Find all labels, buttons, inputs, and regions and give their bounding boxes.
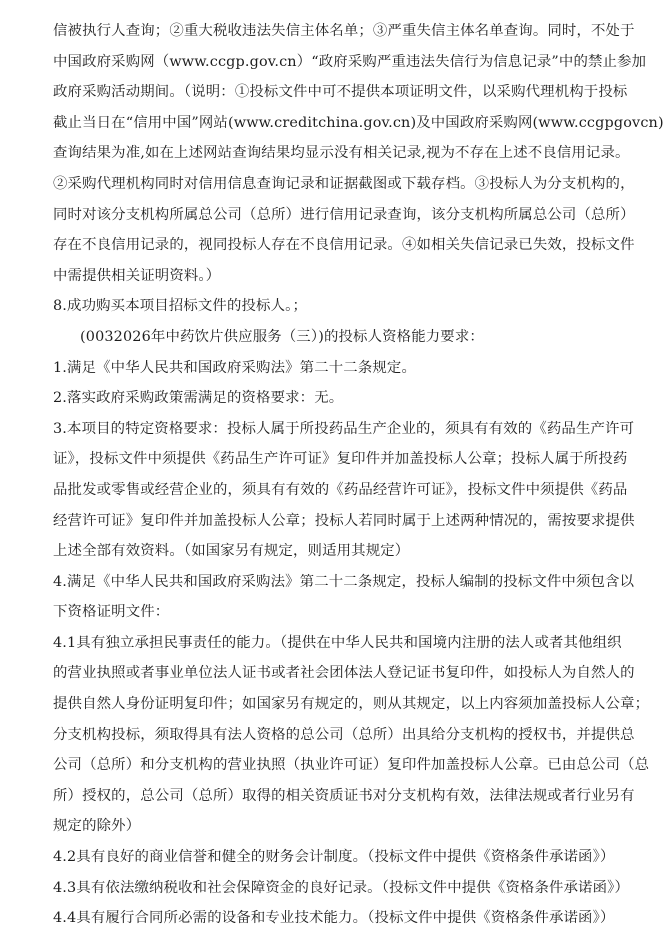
- item-4-3: 4.3具有依法缴纳税收和社会保障资金的良好记录。（投标文件中提供《资格条件承诺函…: [53, 873, 593, 904]
- text-line: 分支机构投标，须取得具有法人资格的总公司（总所）出具给分支机构的授权书，并提供总: [53, 720, 593, 751]
- item-2: 2.落实政府采购政策需满足的资格要求：无。: [53, 383, 593, 414]
- qualification-heading: (0032026年中药饮片供应服务（三）)的投标人资格能力要求：: [53, 322, 593, 353]
- text-line: 存在不良信用记录的，视同投标人存在不良信用记录。④如相关失信记录已失效，投标文件: [53, 230, 593, 261]
- text-line: 下资格证明文件：: [53, 597, 593, 628]
- text-line: 政府采购活动期间。（说明：①投标文件中可不提供本项证明文件，以采购代理机构于投标: [53, 77, 593, 108]
- text-line: 的营业执照或者事业单位法人证书或者社会团体法人登记证书复印件，如投标人为自然人的: [53, 658, 593, 689]
- item-1: 1.满足《中华人民共和国政府采购法》第二十二条规定。: [53, 353, 593, 384]
- text-line: 提供自然人身份证明复印件；如国家另有规定的，则从其规定，以上内容须加盖投标人公章…: [53, 689, 593, 720]
- text-line: 信被执行人查询；②重大税收违法失信主体名单；③严重失信主体名单查询。同时，不处于: [53, 16, 593, 47]
- document-page: 信被执行人查询；②重大税收违法失信主体名单；③严重失信主体名单查询。同时，不处于…: [53, 16, 593, 934]
- item-8: 8.成功购买本项目招标文件的投标人。；: [53, 291, 593, 322]
- text-line: 规定的除外）: [53, 811, 593, 842]
- text-line: 中国政府采购网（www.ccgp.gov.cn）“政府采购严重违法失信行为信息记…: [53, 47, 593, 78]
- text-line: 证》，投标文件中须提供《药品生产许可证》复印件并加盖投标人公章；投标人属于所投药: [53, 444, 593, 475]
- text-line: 公司（总所）和分支机构的营业执照（执业许可证）复印件加盖投标人公章。已由总公司（…: [53, 750, 593, 781]
- text-line: ②采购代理机构同时对信用信息查询记录和证据截图或下载存档。③投标人为分支机构的，: [53, 169, 593, 200]
- item-4-2: 4.2具有良好的商业信誉和健全的财务会计制度。（投标文件中提供《资格条件承诺函》…: [53, 842, 593, 873]
- text-line: 所）授权的，总公司（总所）取得的相关资质证书对分支机构有效，法律法规或者行业另有: [53, 781, 593, 812]
- text-line: 同时对该分支机构所属总公司（总所）进行信用记录查询，该分支机构所属总公司（总所）: [53, 200, 593, 231]
- text-line: 经营许可证》复印件并加盖投标人公章；投标人若同时属于上述两种情况的，需按要求提供: [53, 506, 593, 537]
- item-4-1: 4.1具有独立承担民事责任的能力。（提供在中华人民共和国境内注册的法人或者其他组…: [53, 628, 593, 659]
- text-line: 截止当日在“信用中国”网站(www.creditchina.gov.cn)及中国…: [53, 108, 593, 139]
- item-3: 3.本项目的特定资格要求：投标人属于所投药品生产企业的，须具有有效的《药品生产许…: [53, 414, 593, 445]
- text-line: 中需提供相关证明资料。）: [53, 261, 593, 292]
- item-4-4: 4.4具有履行合同所必需的设备和专业技术能力。（投标文件中提供《资格条件承诺函》…: [53, 903, 593, 934]
- text-line: 品批发或零售或经营企业的，须具有有效的《药品经营许可证》，投标文件中须提供《药品: [53, 475, 593, 506]
- text-line: 查询结果为准,如在上述网站查询结果均显示没有相关记录,视为不存在上述不良信用记录…: [53, 138, 593, 169]
- text-line: 上述全部有效资料。（如国家另有规定，则适用其规定）: [53, 536, 593, 567]
- item-4: 4.满足《中华人民共和国政府采购法》第二十二条规定，投标人编制的投标文件中须包含…: [53, 567, 593, 598]
